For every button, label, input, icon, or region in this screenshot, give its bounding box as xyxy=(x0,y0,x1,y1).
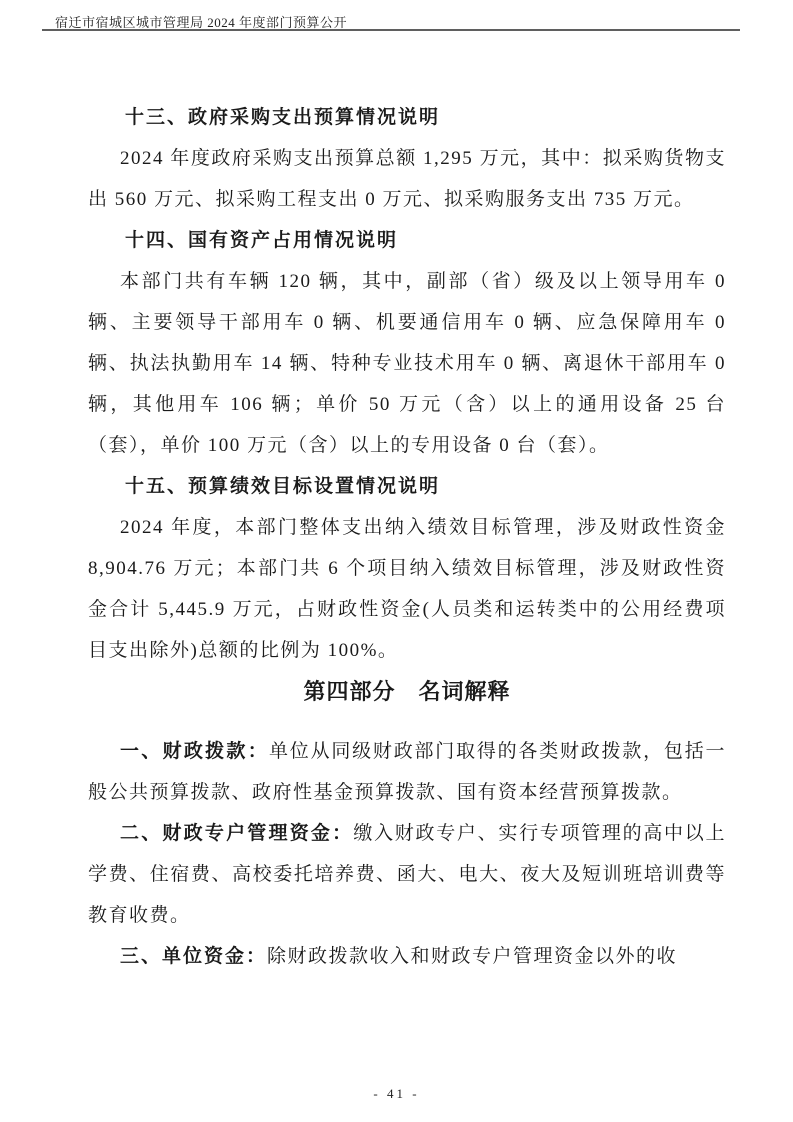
part-four-title: 第四部分 名词解释 xyxy=(88,671,726,712)
term-1-label: 一、财政拨款： xyxy=(120,741,269,762)
term-item-special-account-funds: 二、财政专户管理资金：缴入财政专户、实行专项管理的高中以上学费、住宿费、高校委托… xyxy=(88,813,726,936)
section-15-heading: 十五、预算绩效目标设置情况说明 xyxy=(88,466,726,507)
section-15-paragraph: 2024 年度，本部门整体支出纳入绩效目标管理，涉及财政性资金 8,904.76… xyxy=(88,507,726,671)
term-3-definition: 除财政拨款收入和财政专户管理资金以外的收 xyxy=(267,946,677,967)
section-13-paragraph: 2024 年度政府采购支出预算总额 1,295 万元，其中：拟采购货物支出 56… xyxy=(88,138,726,220)
page-number: - 41 - xyxy=(0,1086,793,1102)
section-14-heading: 十四、国有资产占用情况说明 xyxy=(88,220,726,261)
document-body: 十三、政府采购支出预算情况说明 2024 年度政府采购支出预算总额 1,295 … xyxy=(88,97,726,977)
term-item-unit-funds: 三、单位资金：除财政拨款收入和财政专户管理资金以外的收 xyxy=(88,936,726,977)
term-3-label: 三、单位资金： xyxy=(120,946,267,967)
header-divider-rule xyxy=(42,29,740,31)
term-2-label: 二、财政专户管理资金： xyxy=(120,823,353,844)
document-page: 宿迁市宿城区城市管理局 2024 年度部门预算公开 十三、政府采购支出预算情况说… xyxy=(0,0,793,1122)
section-13-heading: 十三、政府采购支出预算情况说明 xyxy=(88,97,726,138)
section-14-paragraph: 本部门共有车辆 120 辆，其中，副部（省）级及以上领导用车 0 辆、主要领导干… xyxy=(88,261,726,466)
term-item-fiscal-appropriation: 一、财政拨款：单位从同级财政部门取得的各类财政拨款，包括一般公共预算拨款、政府性… xyxy=(88,731,726,813)
